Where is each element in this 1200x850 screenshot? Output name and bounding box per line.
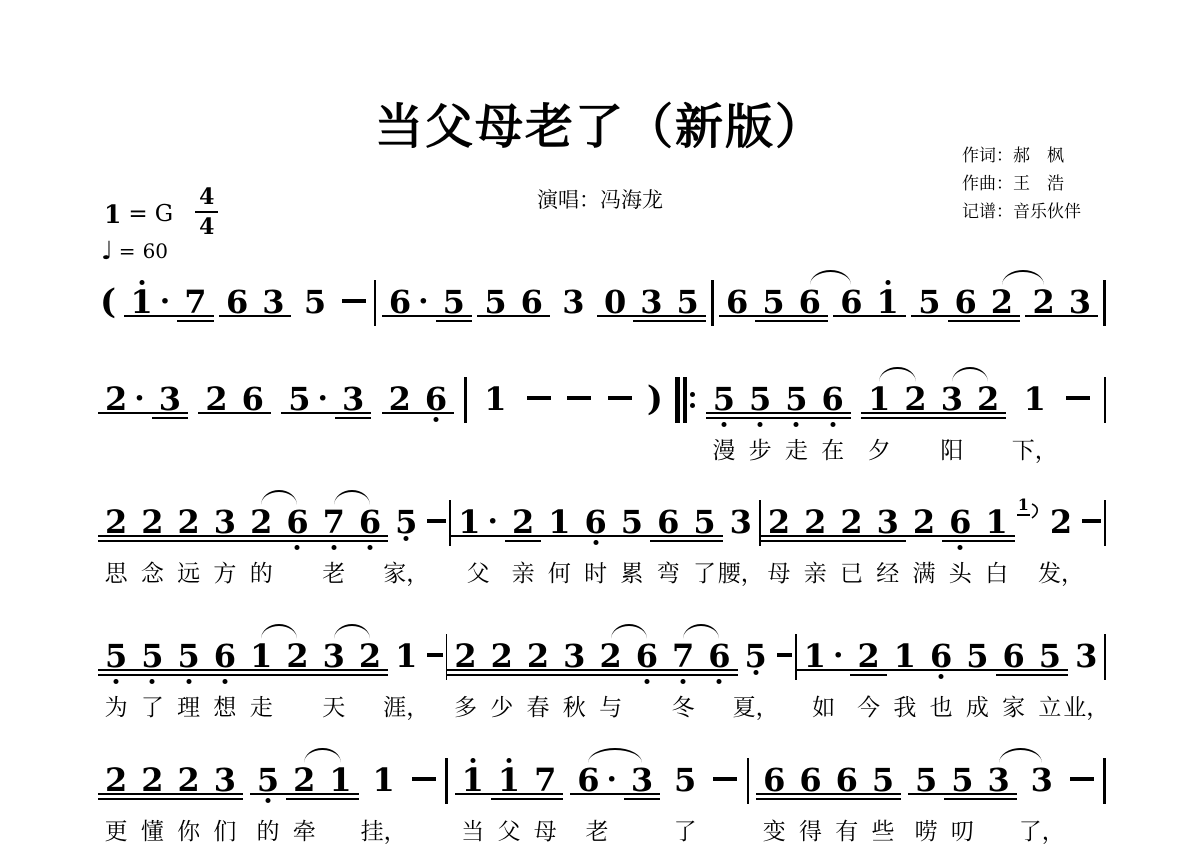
- octave-dot-high: [885, 280, 890, 285]
- octave-dot-low: [331, 545, 336, 550]
- octave-dot-high: [139, 280, 144, 285]
- note-digit: 1: [548, 505, 570, 539]
- underline-sixteenth: [316, 674, 352, 676]
- note-digit: 6: [840, 285, 862, 319]
- note-digit: 3: [323, 639, 345, 673]
- dash-bar: [608, 396, 632, 400]
- lyric-syllable: 母: [767, 555, 790, 588]
- barline: [464, 377, 466, 423]
- barline: [711, 280, 713, 326]
- note-cell: 7老: [316, 505, 352, 539]
- underline-sixteenth: [670, 320, 706, 322]
- slur-arc: [879, 367, 915, 382]
- note-digit: 5: [749, 382, 771, 416]
- repeat-start-sign: [675, 377, 695, 423]
- dash-bar: [1082, 519, 1101, 523]
- note-cell: 3: [624, 763, 660, 797]
- underline-eighth: [897, 412, 933, 414]
- note-digit: 2: [1050, 505, 1072, 539]
- lyric-syllable: 少: [490, 689, 513, 722]
- underline-eighth: [436, 315, 472, 317]
- note-digit: 2: [977, 382, 999, 416]
- note-digit: 3: [877, 505, 899, 539]
- slur-arc: [952, 367, 988, 382]
- underline-eighth: [171, 669, 207, 671]
- lyric-syllable: 走: [785, 432, 808, 465]
- note-cell: 2已: [833, 505, 869, 539]
- dash-note: [564, 382, 594, 416]
- underline-sixteenth: [527, 798, 563, 800]
- note-digit: 2: [141, 763, 163, 797]
- note-digit: 7: [534, 763, 556, 797]
- lyric-syllable: 挂，: [361, 813, 407, 846]
- underline-sixteenth: [701, 674, 737, 676]
- beat-group: 5唠5叨3: [908, 763, 1017, 797]
- note-cell: 6·: [382, 285, 436, 319]
- beat-group: 656: [719, 285, 828, 319]
- note-cell: 1我: [887, 639, 923, 673]
- underline-eighth: [761, 535, 797, 537]
- underline-eighth: [670, 315, 706, 317]
- underline-eighth: [970, 412, 1006, 414]
- note-digit: 2: [491, 639, 513, 673]
- note-digit: 6: [286, 505, 308, 539]
- lyric-syllable: 天: [322, 689, 345, 722]
- underline-eighth: [570, 793, 624, 795]
- note-digit: 2: [359, 639, 381, 673]
- beat-group: 5了: [667, 763, 703, 797]
- note-cell: 1走: [243, 639, 279, 673]
- underline-eighth: [177, 315, 213, 317]
- octave-dot-low: [367, 545, 372, 550]
- note-cell: 5唠: [908, 763, 944, 797]
- repeat-dot: [690, 403, 695, 408]
- note-digit: 1: [877, 285, 899, 319]
- note-digit: 6: [708, 639, 730, 673]
- note-cell: 2: [984, 285, 1020, 319]
- note-cell: 2少: [484, 639, 520, 673]
- underline-eighth: [322, 793, 358, 795]
- underline-eighth: [382, 412, 418, 414]
- note-cell: 3业，: [1068, 639, 1104, 673]
- underline-eighth: [98, 535, 134, 537]
- note-cell: 6家: [996, 639, 1032, 673]
- underline-eighth: [870, 315, 906, 317]
- dash-note: [409, 763, 439, 797]
- lyric-syllable: 漫: [712, 432, 735, 465]
- note-cell: 5为: [98, 639, 134, 673]
- underline-eighth: [934, 412, 970, 414]
- beat-group: 1·父2亲: [451, 505, 541, 539]
- octave-dot-low: [186, 679, 191, 684]
- underline-eighth: [778, 412, 814, 414]
- dash-bar: [427, 519, 446, 523]
- beat-group: 2更2懂2你3们: [98, 763, 243, 797]
- note-cell: 6时: [578, 505, 614, 539]
- lyric-syllable: 远: [177, 555, 200, 588]
- underline-sixteenth: [850, 674, 886, 676]
- lyric-syllable: 叨: [951, 813, 974, 846]
- underline-sixteenth: [624, 798, 660, 800]
- note-digit: 6: [214, 639, 236, 673]
- underline-sixteenth: [171, 798, 207, 800]
- note-cell: 5了: [667, 763, 703, 797]
- octave-dot-low: [222, 679, 227, 684]
- note-cell: 3: [555, 285, 591, 319]
- underline-eighth: [833, 315, 869, 317]
- underline-sixteenth: [207, 540, 243, 542]
- beat-group: 6变6得6有5些: [756, 763, 901, 797]
- beat-group: 5夏，: [738, 639, 774, 673]
- note-digit: 5: [762, 285, 784, 319]
- beat-group: 1何6时: [541, 505, 614, 539]
- underline-eighth: [865, 793, 901, 795]
- note-cell: 5·: [281, 382, 335, 416]
- lyric-syllable: 父: [467, 555, 490, 588]
- lyric-syllable: 已: [840, 555, 863, 588]
- underline-eighth: [171, 793, 207, 795]
- underline-eighth: [686, 535, 722, 537]
- barline: [1104, 634, 1106, 680]
- beat-group: 23: [1025, 285, 1098, 319]
- lyric-syllable: 家，: [383, 555, 429, 588]
- underline-eighth: [797, 669, 851, 671]
- underline-eighth: [207, 669, 243, 671]
- note-digit: 3: [987, 763, 1009, 797]
- underline-sixteenth: [171, 540, 207, 542]
- octave-dot-low: [295, 545, 300, 550]
- note-digit: 1: [894, 639, 916, 673]
- underline-eighth: [633, 315, 669, 317]
- underline-eighth: [597, 315, 633, 317]
- note-digit: 3: [1031, 763, 1053, 797]
- underline-eighth: [447, 669, 483, 671]
- lyric-syllable: 成: [966, 689, 989, 722]
- note-cell: 5立: [1032, 639, 1068, 673]
- underline-eighth: [520, 669, 556, 671]
- note-cell: 5: [436, 285, 472, 319]
- lyric-syllable: 父: [497, 813, 520, 846]
- sheet-music-page: 当父母老了（新版） 演唱：冯海龙 作词：郝 枫 作曲：王 浩 记谱：音乐伙伴 1…: [0, 0, 1200, 850]
- lyric-syllable: 夏，: [733, 689, 779, 722]
- underline-eighth: [614, 535, 650, 537]
- octave-dot-low: [794, 422, 799, 427]
- note-cell: 1: [870, 285, 906, 319]
- octave-dot-low: [758, 422, 763, 427]
- lyric-syllable: 为: [105, 689, 128, 722]
- beat-group: 5的2牵1: [250, 763, 359, 797]
- dash-note: [339, 285, 369, 319]
- note-cell: 6: [418, 382, 454, 416]
- note-digit: 2: [293, 763, 315, 797]
- lyric-syllable: 多: [454, 689, 477, 722]
- note-digit: 3: [214, 505, 236, 539]
- underline-sixteenth: [756, 798, 792, 800]
- note-digit: 5: [178, 639, 200, 673]
- lyric-syllable: 唠: [915, 813, 938, 846]
- lyric-syllable: 了: [693, 555, 716, 588]
- underline-eighth: [742, 412, 778, 414]
- note-cell: 2远: [171, 505, 207, 539]
- barline: [445, 758, 447, 804]
- note-digit: 0: [604, 285, 626, 319]
- underline-eighth: [134, 669, 170, 671]
- underline-sixteenth: [815, 417, 851, 419]
- underline-sixteenth: [152, 417, 188, 419]
- dash-bar: [1070, 777, 1094, 781]
- underline-sixteenth: [897, 417, 933, 419]
- underline-eighth: [134, 793, 170, 795]
- note-digit: 6: [955, 285, 977, 319]
- lyric-syllable: 满: [913, 555, 936, 588]
- note-digit: 2: [804, 505, 826, 539]
- note-digit: 6: [359, 505, 381, 539]
- underline-eighth: [996, 669, 1032, 671]
- lyric-syllable: 在: [821, 432, 844, 465]
- lyric-syllable: 母: [534, 813, 557, 846]
- lyric-syllable: 步: [749, 432, 772, 465]
- barline: [1103, 280, 1105, 326]
- note-cell: 6得: [792, 763, 828, 797]
- note-cell: 3: [255, 285, 291, 319]
- beat-group: 61: [833, 285, 906, 319]
- underline-sixteenth: [665, 674, 701, 676]
- note-digit: 3: [159, 382, 181, 416]
- note-cell: 2发，: [1043, 505, 1079, 539]
- lyric-syllable: 了: [674, 813, 697, 846]
- underline-sixteenth: [335, 417, 371, 419]
- note-digit: 6: [799, 763, 821, 797]
- underline-eighth: [243, 669, 279, 671]
- underline-eighth: [207, 793, 243, 795]
- lyric-syllable: 也: [930, 689, 953, 722]
- underline-sixteenth: [436, 320, 472, 322]
- note-digit: 3: [631, 763, 653, 797]
- beat-group: 5累6弯5了: [614, 505, 723, 539]
- dash-note: [1067, 763, 1097, 797]
- underline-sixteenth: [592, 674, 628, 676]
- note-cell: 5步: [742, 382, 778, 416]
- underline-eighth: [124, 315, 178, 317]
- lyric-syllable: 得: [799, 813, 822, 846]
- beat-group: 6·老3: [570, 763, 660, 797]
- underline-sixteenth: [134, 540, 170, 542]
- octave-dot-low: [753, 670, 758, 675]
- octave-dot-low: [433, 417, 438, 422]
- underline-sixteenth: [491, 798, 527, 800]
- underline-eighth: [665, 669, 701, 671]
- underline-sixteenth: [792, 320, 828, 322]
- lyric-syllable: 想: [213, 689, 236, 722]
- note-cell: 6: [352, 505, 388, 539]
- augmentation-dot: ·: [134, 384, 144, 414]
- underline-sixteenth: [865, 798, 901, 800]
- note-digit: 6: [799, 285, 821, 319]
- beat-group: 56: [477, 285, 550, 319]
- beat-group: 1挂，: [365, 763, 401, 797]
- slur-arc: [588, 748, 642, 763]
- note-cell: 1·如: [797, 639, 851, 673]
- note-cell: 3了，: [1024, 763, 1060, 797]
- lyric-syllable: 更: [105, 813, 128, 846]
- lyric-syllable: 牵: [293, 813, 316, 846]
- beat-group: 1下，: [1017, 382, 1053, 416]
- note-cell: 5: [755, 285, 791, 319]
- dash-bar: [1066, 396, 1090, 400]
- note-cell: 2牵: [286, 763, 322, 797]
- note-digit: 5: [915, 763, 937, 797]
- note-cell: 3: [1062, 285, 1098, 319]
- note-digit: 6: [930, 639, 952, 673]
- note-digit: 3: [562, 285, 584, 319]
- note-cell: 3们: [207, 763, 243, 797]
- note-digit: 5: [395, 505, 417, 539]
- note-digit: 3: [214, 763, 236, 797]
- note-cell: 5漫: [706, 382, 742, 416]
- note-cell: 0: [597, 285, 633, 319]
- lyric-syllable: 些: [872, 813, 895, 846]
- note-digit: 3: [1069, 285, 1091, 319]
- dash-note: [424, 505, 449, 539]
- underline-sixteenth: [279, 540, 315, 542]
- note-cell: 2与: [592, 639, 628, 673]
- underline-sixteenth: [316, 540, 352, 542]
- barline: [374, 280, 376, 326]
- underline-sixteenth: [520, 674, 556, 676]
- note-digit: 2: [768, 505, 790, 539]
- note-cell: 5家，: [388, 505, 424, 539]
- underline-sixteenth: [447, 674, 483, 676]
- underline-eighth: [978, 535, 1014, 537]
- note-digit: 5: [677, 285, 699, 319]
- note-digit: 2: [105, 505, 127, 539]
- underline-eighth: [650, 535, 686, 537]
- underline-eighth: [861, 412, 897, 414]
- lyric-syllable: 弯: [657, 555, 680, 588]
- repeat-dot: [690, 392, 695, 397]
- underline-sixteenth: [134, 798, 170, 800]
- beat-group: 3了，: [1024, 763, 1060, 797]
- octave-dot-low: [644, 679, 649, 684]
- lyric-syllable: 累: [620, 555, 643, 588]
- underline-eighth: [624, 793, 660, 795]
- note-cell: 6变: [756, 763, 792, 797]
- beat-group: 1当1父7母: [455, 763, 564, 797]
- underline-sixteenth: [207, 798, 243, 800]
- note-digit: 6: [425, 382, 447, 416]
- lyric-syllable: 如: [812, 689, 835, 722]
- octave-dot-high: [506, 758, 511, 763]
- underline-eighth: [279, 669, 315, 671]
- underline-eighth: [948, 315, 984, 317]
- underline-eighth: [352, 669, 388, 671]
- underline-eighth: [815, 412, 851, 414]
- underline-eighth: [235, 412, 271, 414]
- note-cell: 7: [177, 285, 213, 319]
- note-cell: 2: [1025, 285, 1061, 319]
- underline-sixteenth: [778, 417, 814, 419]
- note-cell: 5: [911, 285, 947, 319]
- beat-group: 26: [382, 382, 455, 416]
- underline-sixteenth: [286, 798, 322, 800]
- note-cell: 5理: [171, 639, 207, 673]
- beat-group: 1夕23阳2: [861, 382, 1006, 416]
- note-cell: 2亲: [505, 505, 541, 539]
- slur-arc: [334, 490, 370, 505]
- lyric-syllable: 发，: [1038, 555, 1084, 588]
- underline-sixteenth: [171, 674, 207, 676]
- underline-sixteenth: [134, 674, 170, 676]
- dash-note: [1079, 505, 1104, 539]
- underline-eighth: [556, 669, 592, 671]
- slur-arc: [611, 624, 647, 639]
- note-cell: 5走: [778, 382, 814, 416]
- note-digit: 3: [640, 285, 662, 319]
- note-digit: 6: [226, 285, 248, 319]
- lyric-syllable: 变: [763, 813, 786, 846]
- underline-sixteenth: [742, 417, 778, 419]
- barline: [1103, 758, 1105, 804]
- note-digit: 1: [372, 763, 394, 797]
- note-digit: 5: [713, 382, 735, 416]
- underline-eighth: [505, 535, 541, 537]
- underline-sixteenth: [797, 540, 833, 542]
- underline-eighth: [942, 535, 978, 537]
- underline-sixteenth: [970, 417, 1006, 419]
- octave-dot-high: [470, 758, 475, 763]
- underline-eighth: [756, 793, 792, 795]
- beat-group: 2·3: [98, 382, 188, 416]
- octave-dot-low: [404, 536, 409, 541]
- note-cell: 2: [352, 639, 388, 673]
- lyric-syllable: 思: [105, 555, 128, 588]
- beat-group: 2满6头1白: [906, 505, 1015, 539]
- note-digit: 5: [872, 763, 894, 797]
- note-digit: 2: [1032, 285, 1054, 319]
- underline-sixteenth: [833, 540, 869, 542]
- note-digit: 2: [389, 382, 411, 416]
- note-cell: 5了: [686, 505, 722, 539]
- dash-bar: [427, 653, 442, 657]
- lyric-syllable: 当: [461, 813, 484, 846]
- underline-eighth: [171, 535, 207, 537]
- underline-eighth: [316, 535, 352, 537]
- note-digit: 5: [288, 382, 310, 416]
- lyric-syllable: 亲: [512, 555, 535, 588]
- lyric-syllable: 的: [257, 813, 280, 846]
- note-cell: 6: [792, 285, 828, 319]
- note-cell: 1挂，: [365, 763, 401, 797]
- note-cell: 2你: [171, 763, 207, 797]
- lyric-syllable: 与: [599, 689, 622, 722]
- note-digit: 1: [395, 639, 417, 673]
- underline-eighth: [578, 535, 614, 537]
- underline-eighth: [870, 535, 906, 537]
- note-cell: 1父: [491, 763, 527, 797]
- note-digit: 1: [804, 639, 826, 673]
- note-cell: 2今: [850, 639, 886, 673]
- note-cell: 1夕: [861, 382, 897, 416]
- repeat-thin-bar: [683, 377, 687, 423]
- lyric-syllable: 阳: [940, 432, 963, 465]
- note-cell: 2: [970, 382, 1006, 416]
- note-digit: 5: [918, 285, 940, 319]
- lyric-syllable: 你: [177, 813, 200, 846]
- underline-sixteenth: [484, 674, 520, 676]
- note-cell: 6: [514, 285, 550, 319]
- barline: [747, 758, 749, 804]
- repeat-dots: [690, 392, 695, 408]
